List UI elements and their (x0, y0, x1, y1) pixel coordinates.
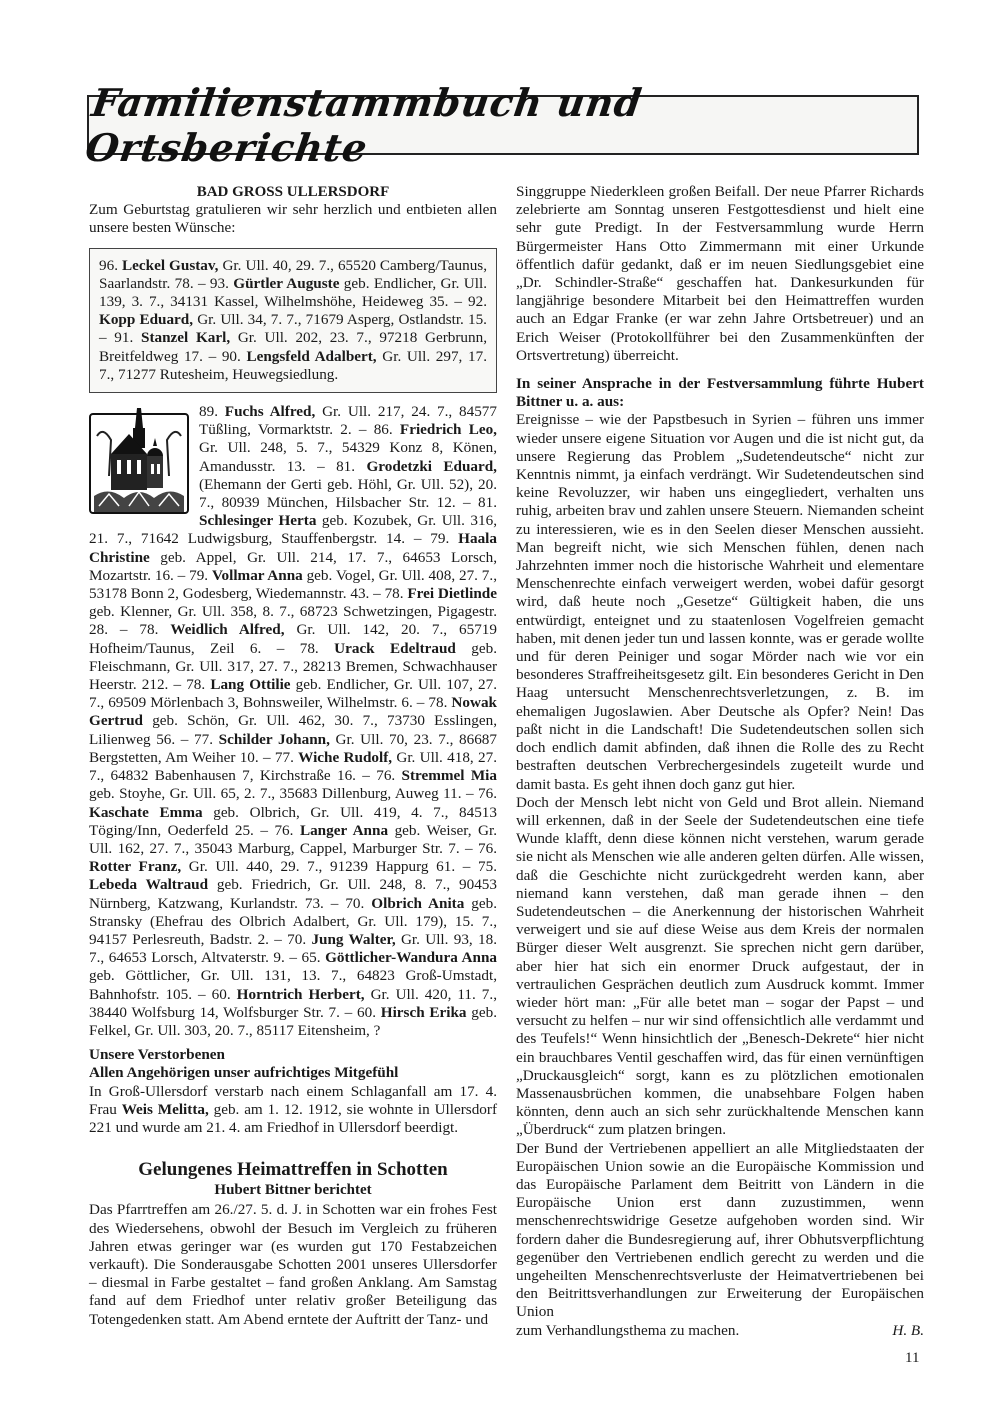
speech-heading: In seiner Ansprache in der Festversammlu… (516, 375, 924, 411)
article-byline: Hubert Bittner berichtet (89, 1181, 497, 1199)
right-column: Singgruppe Niederkleen großen Beifall. D… (516, 183, 924, 1340)
closing-line: zum Verhandlungsthema zu machen. H. B. (516, 1322, 924, 1340)
speech-paragraph: Ereignisse – wie der Papstbesuch in Syri… (516, 411, 924, 793)
article-paragraph: Singgruppe Niederkleen großen Beifall. D… (516, 183, 924, 365)
birthday-box: 96. Leckel Gustav, Gr. Ull. 40, 29. 7., … (89, 248, 497, 393)
birthday-intro: Zum Geburtstag gratulieren wir sehr herz… (89, 201, 497, 237)
speech-paragraph: Doch der Mensch lebt nicht von Geld und … (516, 794, 924, 1140)
condolence-heading: Allen Angehörigen unser aufrichtiges Mit… (89, 1064, 497, 1082)
entry: Schlesinger Herta geb. Kozubek, Gr. Ull.… (89, 512, 497, 547)
article-paragraph: Das Pfarrtreffen am 26./27. 5. d. J. in … (89, 1201, 497, 1328)
church-illustration-icon (89, 406, 189, 514)
article-title: Gelungenes Heimattreffen in Schotten (89, 1159, 497, 1181)
deceased-heading: Unsere Verstorbenen (89, 1046, 497, 1064)
speech-paragraph: Der Bund der Vertriebenen appelliert an … (516, 1140, 924, 1322)
closing-text: zum Verhandlungsthema zu machen. (516, 1322, 739, 1340)
left-column: BAD GROSS ULLERSDORF Zum Geburtstag grat… (89, 183, 497, 1329)
section-banner: Familienstammbuch und Ortsberichte (87, 95, 919, 155)
entry: Rotter Franz, Gr. Ull. 440, 29. 7., 9123… (89, 858, 497, 875)
birthday-list: 89. Fuchs Alfred, Gr. Ull. 217, 24. 7., … (89, 403, 497, 1040)
obituary-text: In Groß-Ullersdorf verstarb nach einem S… (89, 1083, 497, 1138)
town-heading: BAD GROSS ULLERSDORF (89, 183, 497, 201)
banner-title: Familienstammbuch und Ortsberichte (83, 80, 924, 170)
page-number: 11 (905, 1350, 919, 1367)
author-signature: H. B. (892, 1322, 924, 1340)
